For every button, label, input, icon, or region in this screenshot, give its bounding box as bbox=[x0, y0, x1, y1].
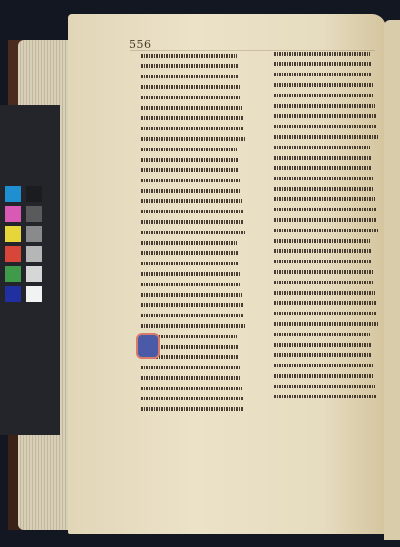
gray-swatch bbox=[26, 286, 42, 302]
text-line bbox=[141, 241, 237, 245]
text-line bbox=[274, 62, 371, 66]
facing-page-edge bbox=[384, 20, 400, 540]
text-line bbox=[274, 312, 377, 316]
text-line bbox=[274, 187, 374, 191]
text-line bbox=[274, 94, 374, 98]
text-line bbox=[274, 322, 378, 326]
text-line bbox=[141, 179, 240, 183]
text-line bbox=[141, 293, 242, 297]
text-column-right bbox=[274, 52, 378, 405]
text-column-left bbox=[141, 54, 245, 418]
color-swatch bbox=[5, 226, 21, 242]
text-line bbox=[141, 324, 245, 328]
gray-swatch bbox=[26, 266, 42, 282]
text-line bbox=[141, 407, 244, 411]
color-swatch bbox=[5, 286, 21, 302]
text-line bbox=[274, 104, 375, 108]
text-line bbox=[274, 333, 370, 337]
text-line bbox=[141, 199, 242, 203]
text-line bbox=[274, 291, 375, 295]
gray-swatch bbox=[26, 246, 42, 262]
color-swatch bbox=[5, 186, 21, 202]
text-line bbox=[141, 210, 243, 214]
text-line bbox=[141, 314, 244, 318]
text-line bbox=[141, 85, 240, 89]
text-line bbox=[141, 251, 238, 255]
text-line bbox=[274, 52, 370, 56]
text-line bbox=[274, 218, 377, 222]
text-line bbox=[141, 397, 243, 401]
text-line bbox=[274, 343, 371, 347]
text-line bbox=[274, 83, 373, 87]
text-line bbox=[274, 114, 376, 118]
text-line bbox=[274, 353, 372, 357]
text-line bbox=[141, 96, 241, 100]
text-line bbox=[141, 127, 244, 131]
text-line bbox=[274, 239, 370, 243]
gray-swatch bbox=[26, 186, 42, 202]
header-ruling bbox=[130, 50, 375, 51]
text-line bbox=[141, 64, 238, 68]
text-line bbox=[141, 376, 241, 380]
text-line bbox=[274, 166, 372, 170]
text-line bbox=[141, 220, 244, 224]
text-line bbox=[274, 135, 378, 139]
text-line bbox=[141, 137, 245, 141]
text-line bbox=[274, 156, 371, 160]
color-swatch bbox=[5, 246, 21, 262]
text-line bbox=[274, 395, 376, 399]
text-line bbox=[141, 158, 238, 162]
text-line bbox=[141, 387, 242, 391]
text-line bbox=[274, 374, 374, 378]
text-line bbox=[274, 197, 375, 201]
text-line bbox=[274, 270, 373, 274]
text-line bbox=[141, 262, 239, 266]
decorated-initial bbox=[138, 335, 158, 357]
text-line bbox=[274, 249, 371, 253]
text-line bbox=[141, 148, 237, 152]
text-line bbox=[141, 303, 243, 307]
color-swatch bbox=[5, 206, 21, 222]
text-line bbox=[141, 366, 240, 370]
text-line bbox=[274, 177, 373, 181]
text-line bbox=[141, 116, 243, 120]
text-line bbox=[141, 75, 239, 79]
text-line bbox=[141, 54, 237, 58]
text-line bbox=[274, 73, 372, 77]
text-line bbox=[274, 385, 375, 389]
text-line bbox=[274, 364, 373, 368]
text-line bbox=[274, 229, 378, 233]
text-line bbox=[274, 208, 376, 212]
text-line bbox=[274, 260, 372, 264]
text-line bbox=[141, 189, 241, 193]
text-line bbox=[141, 168, 239, 172]
text-line bbox=[274, 301, 376, 305]
text-line bbox=[141, 283, 241, 287]
color-calibration-card bbox=[0, 105, 60, 435]
text-line bbox=[274, 281, 374, 285]
text-line bbox=[141, 231, 245, 235]
text-line bbox=[141, 106, 242, 110]
text-line bbox=[141, 272, 240, 276]
gray-swatch bbox=[26, 206, 42, 222]
gray-swatch bbox=[26, 226, 42, 242]
color-swatch bbox=[5, 266, 21, 282]
text-line bbox=[274, 125, 377, 129]
text-line bbox=[274, 146, 370, 150]
